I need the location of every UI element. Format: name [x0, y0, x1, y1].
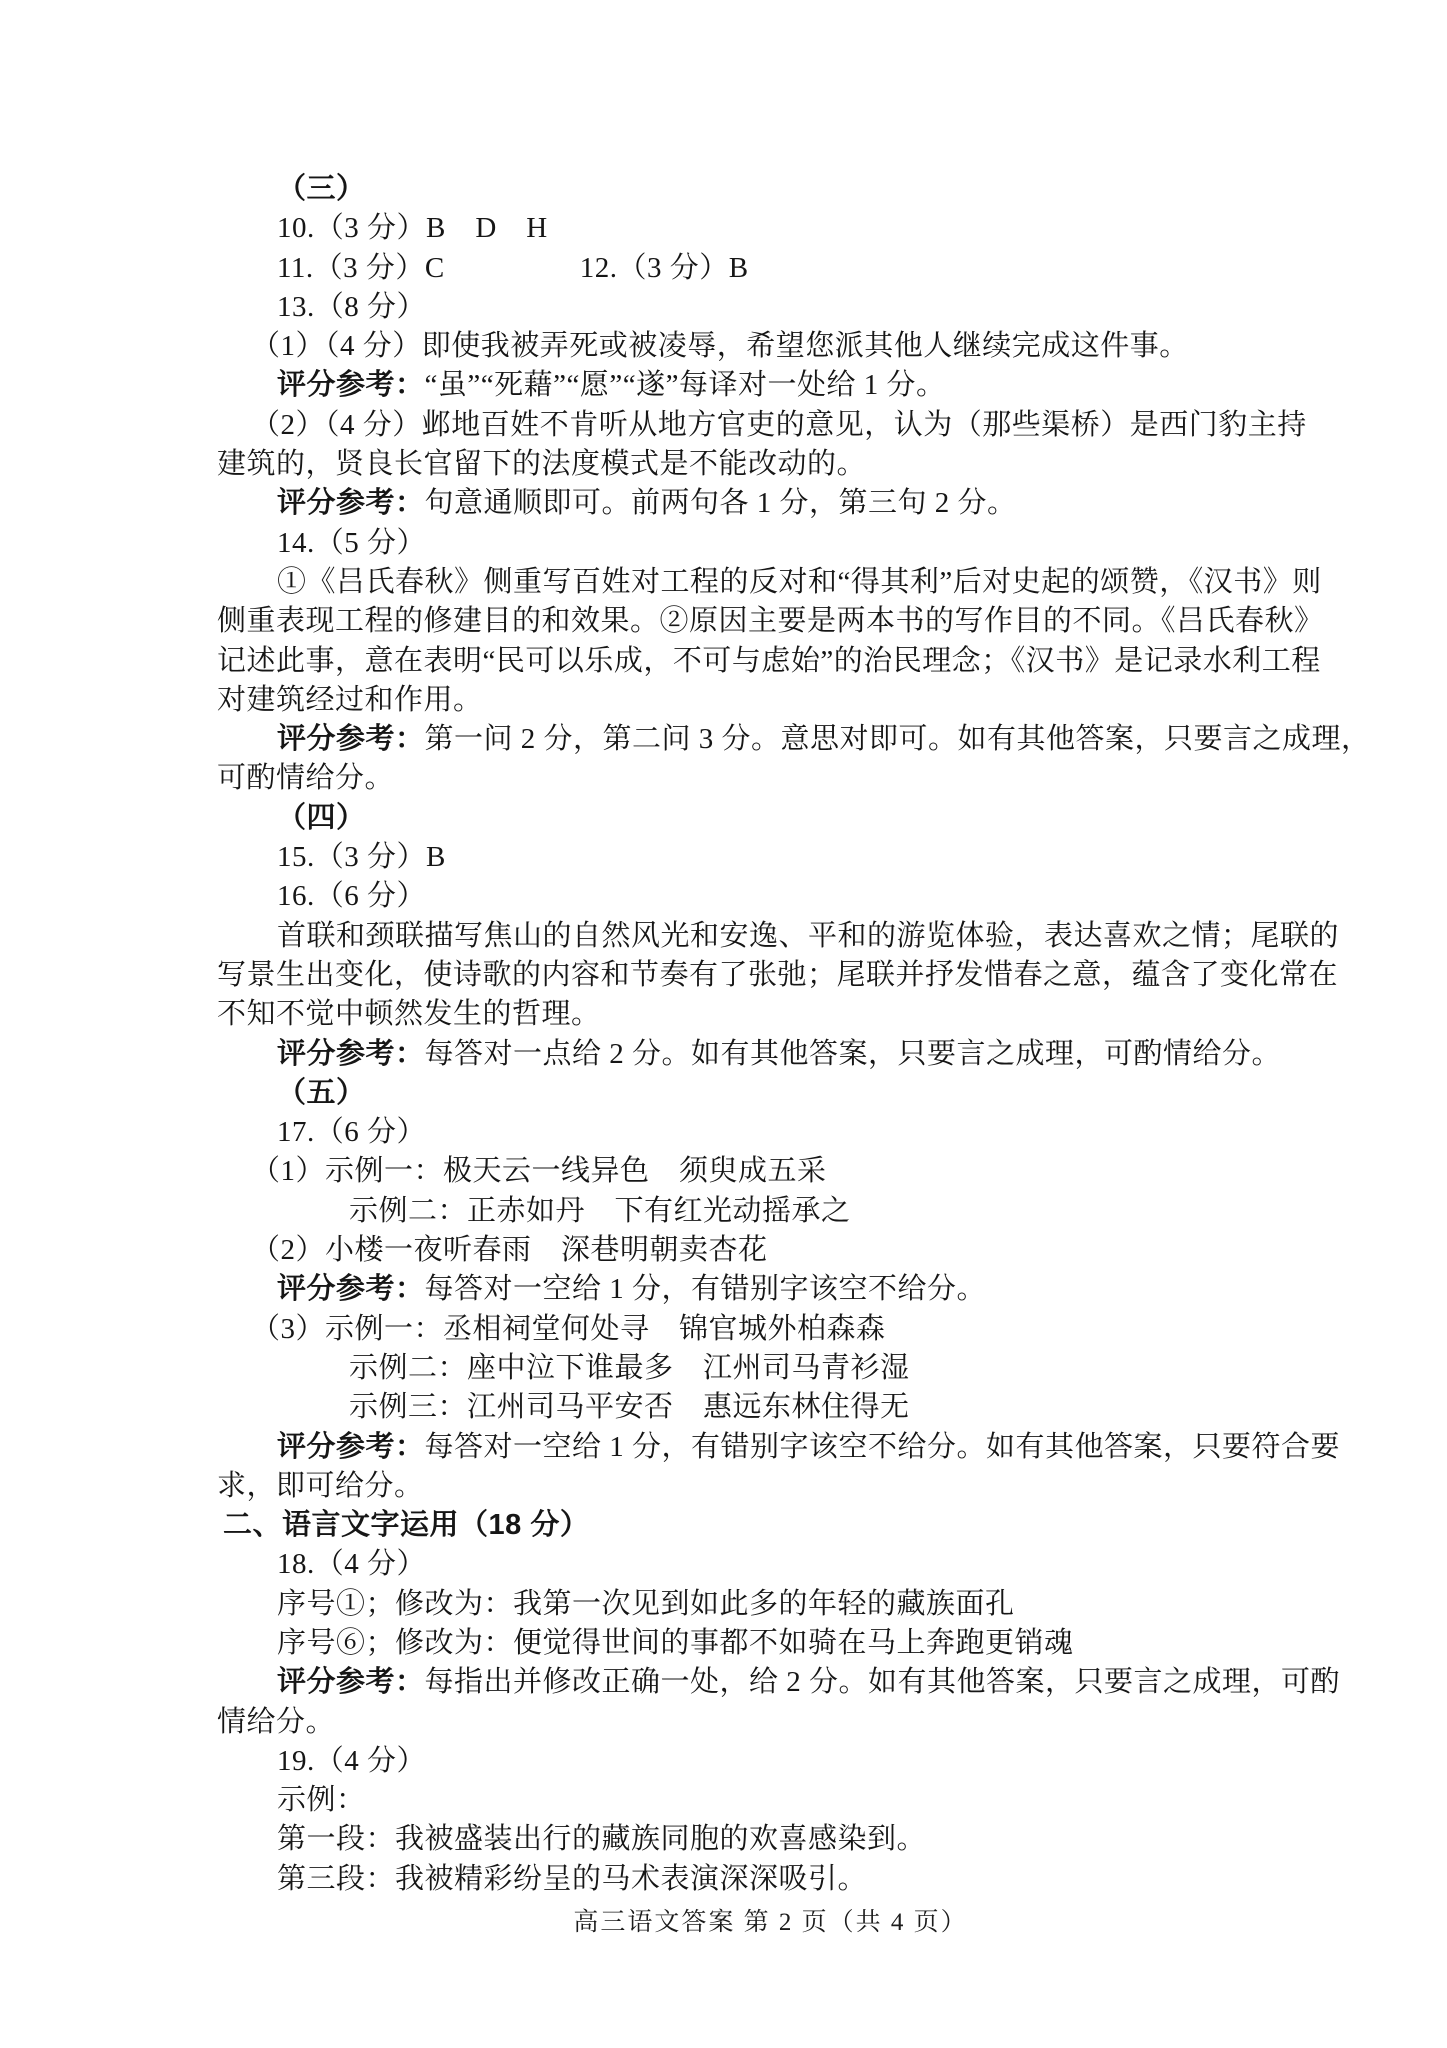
answer-q18-header: 18.（4 分） [217, 1545, 1297, 1584]
answer-q18-no6: 序号⑥；修改为：便觉得世间的事都不如骑在马上奔跑更销魂 [217, 1624, 1297, 1663]
scoring-note-text: 每答对一点给 2 分。如有其他答案，只要言之成理，可酌情给分。 [425, 1038, 1282, 1070]
answer-q10: 10.（3 分）B D H [217, 209, 1297, 248]
answer-q15: 15.（3 分）B [217, 838, 1297, 877]
scoring-note-q17-3: 评分参考：每答对一空给 1 分，有错别字该空不给分。如有其他答案，只要符合要 [217, 1428, 1297, 1467]
scoring-note-text: 每答对一空给 1 分，有错别字该空不给分。如有其他答案，只要符合要 [425, 1431, 1341, 1463]
answer-q11-q12-row: 11.（3 分）C12.（3 分）B [217, 249, 1297, 288]
answer-q16-line2: 写景生出变化，使诗歌的内容和节奏有了张弛；尾联并抒发惜春之意，蕴含了变化常在 [217, 956, 1297, 995]
scoring-note-q13-part2: 评分参考：句意通顺即可。前两句各 1 分，第三句 2 分。 [217, 484, 1297, 523]
answer-q13-header: 13.（8 分） [217, 288, 1297, 327]
scoring-note-text: 每答对一空给 1 分，有错别字该空不给分。 [425, 1273, 987, 1305]
answer-q16-line1: 首联和颈联描写焦山的自然风光和安逸、平和的游览体验，表达喜欢之情；尾联的 [217, 917, 1297, 956]
answer-q17-header: 17.（6 分） [217, 1113, 1297, 1152]
scoring-note-label: 评分参考： [277, 1273, 425, 1305]
answer-q11: 11.（3 分）C [277, 252, 445, 284]
answer-q12: 12.（3 分）B [580, 252, 749, 284]
answer-q16-line3: 不知不觉中顿然发生的哲理。 [217, 995, 1297, 1034]
answer-q17-2: （2）小楼一夜听春雨 深巷明朝卖杏花 [217, 1231, 1297, 1270]
section-heading-three: （三） [217, 170, 1297, 209]
answer-q14-line4: 对建筑经过和作用。 [217, 681, 1297, 720]
scoring-note-q18: 评分参考：每指出并修改正确一处，给 2 分。如有其他答案，只要言之成理，可酌 [217, 1663, 1297, 1702]
scoring-note-q14: 评分参考：第一问 2 分，第二问 3 分。意思对即可。如有其他答案，只要言之成理… [217, 720, 1297, 759]
scoring-note-label: 评分参考： [277, 1666, 425, 1698]
answer-q14-line1: ①《吕氏春秋》侧重写百姓对工程的反对和“得其利”后对史起的颂赞，《汉书》则 [217, 563, 1297, 602]
answer-q14-line2: 侧重表现工程的修建目的和效果。②原因主要是两本书的写作目的不同。《吕氏春秋》 [217, 602, 1297, 641]
scoring-note-text: 每指出并修改正确一处，给 2 分。如有其他答案，只要言之成理，可酌 [425, 1666, 1341, 1698]
scoring-note-label: 评分参考： [277, 1038, 425, 1070]
section-heading-four: （四） [217, 799, 1297, 838]
scoring-note-q18-cont: 情给分。 [217, 1703, 1297, 1742]
scoring-note-label: 评分参考： [277, 487, 425, 519]
answer-sheet-page: （三） 10.（3 分）B D H 11.（3 分）C12.（3 分）B 13.… [0, 0, 1447, 2048]
scoring-note-label: 评分参考： [277, 369, 425, 401]
scoring-note-q13-part1: 评分参考：“虽”“死藉”“愿”“遂”每译对一处给 1 分。 [217, 366, 1297, 405]
answer-q17-3-ex3: 示例三：江州司马平安否 惠远东林住得无 [217, 1388, 1297, 1427]
answer-q19-header: 19.（4 分） [217, 1742, 1297, 1781]
part2-heading: 二、语言文字运用（18 分） [217, 1506, 1297, 1545]
page-footer: 高三语文答案 第 2 页（共 4 页） [47, 1902, 1447, 1938]
answer-q13-part2-cont: 建筑的，贤良长官留下的法度模式是不能改动的。 [217, 445, 1297, 484]
answer-q19-example-label: 示例： [217, 1781, 1297, 1820]
answer-q14-line3: 记述此事，意在表明“民可以乐成，不可与虑始”的治民理念；《汉书》是记录水利工程 [217, 642, 1297, 681]
section-heading-five: （五） [217, 1074, 1297, 1113]
scoring-note-text: 句意通顺即可。前两句各 1 分，第三句 2 分。 [425, 487, 1017, 519]
scoring-note-label: 评分参考： [277, 723, 425, 755]
scoring-note-q17-3-cont: 求，即可给分。 [217, 1467, 1297, 1506]
scoring-note-label: 评分参考： [277, 1431, 425, 1463]
answer-q19-para3: 第三段：我被精彩纷呈的马术表演深深吸引。 [217, 1860, 1297, 1899]
answer-q13-part2: （2）（4 分）邺地百姓不肯听从地方官吏的意见，认为（那些渠桥）是西门豹主持 [217, 406, 1297, 445]
scoring-note-q17-2: 评分参考：每答对一空给 1 分，有错别字该空不给分。 [217, 1270, 1297, 1309]
answer-q17-1-ex1: （1）示例一：极天云一线异色 须臾成五采 [217, 1152, 1297, 1191]
answer-q18-no1: 序号①；修改为：我第一次见到如此多的年轻的藏族面孔 [217, 1585, 1297, 1624]
answer-q19-para1: 第一段：我被盛装出行的藏族同胞的欢喜感染到。 [217, 1820, 1297, 1859]
scoring-note-text: 第一问 2 分，第二问 3 分。意思对即可。如有其他答案，只要言之成理， [425, 723, 1371, 755]
scoring-note-q14-cont: 可酌情给分。 [217, 759, 1297, 798]
answer-q17-3-ex1: （3）示例一：丞相祠堂何处寻 锦官城外柏森森 [217, 1310, 1297, 1349]
answer-q14-header: 14.（5 分） [217, 524, 1297, 563]
answer-q16-header: 16.（6 分） [217, 877, 1297, 916]
scoring-note-text: “虽”“死藉”“愿”“遂”每译对一处给 1 分。 [425, 369, 946, 401]
answer-q13-part1: （1）（4 分）即使我被弄死或被凌辱，希望您派其他人继续完成这件事。 [217, 327, 1297, 366]
answer-q17-1-ex2: 示例二：正赤如丹 下有红光动摇承之 [217, 1192, 1297, 1231]
scoring-note-q16: 评分参考：每答对一点给 2 分。如有其他答案，只要言之成理，可酌情给分。 [217, 1035, 1297, 1074]
answer-q17-3-ex2: 示例二：座中泣下谁最多 江州司马青衫湿 [217, 1349, 1297, 1388]
